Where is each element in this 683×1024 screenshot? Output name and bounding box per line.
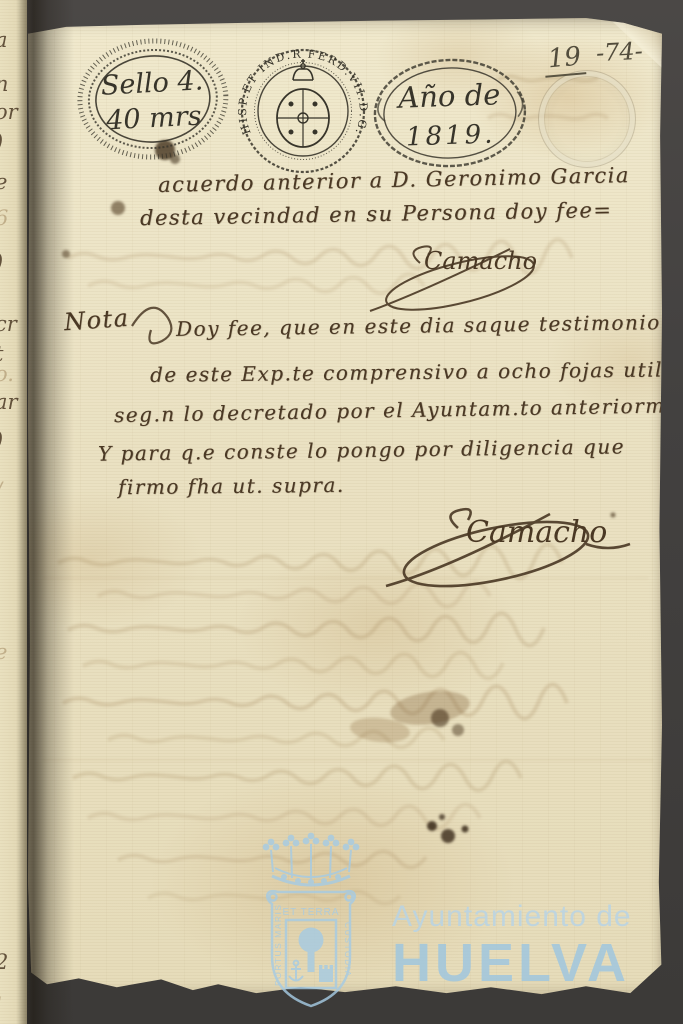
notary-signature: Camacho: [378, 486, 648, 596]
scanned-manuscript: a n or ) e 6 ) cr t o. ar ) / e 2 l: [0, 0, 683, 1024]
sello-40mrs-stamp: Sello 4. 40 mrs: [71, 30, 236, 173]
previous-page-edge: a n or ) e 6 ) cr t o. ar ) / e 2 l: [0, 0, 27, 1024]
edge-fragment: n: [0, 72, 9, 96]
royal-seal-stamp: HISP.ET IND.REX FERD.VII.D.G.: [238, 38, 368, 185]
handwriting-line: Y para q.e conste lo pongo por diligenci…: [98, 434, 625, 465]
handwriting-line: firmo fha ut. supra.: [118, 473, 345, 499]
edge-fragment: /: [0, 478, 2, 502]
edge-fragment: ar: [0, 390, 18, 414]
manuscript-page: Sello 4. 40 mrs: [28, 18, 662, 1000]
handwriting-line: de este Exp.te comprensivo a ocho fojas …: [150, 357, 683, 387]
edge-fragment: ): [0, 250, 3, 274]
year-1819-stamp: Año de 1819.: [368, 53, 532, 178]
handwriting-line: acuerdo anterior a D. Geronimo Garcia: [158, 163, 630, 197]
embossed-dry-seal: [538, 70, 636, 168]
edge-fragment: e: [0, 640, 7, 664]
edge-fragment: l: [0, 994, 2, 1018]
edge-fragment: a: [0, 28, 8, 52]
folio-number: 19: [543, 41, 587, 77]
sello-stamp-line2: 40 mrs: [104, 101, 202, 137]
edge-fragment: ): [0, 130, 3, 154]
year-stamp-line2: 1819.: [406, 119, 496, 152]
notary-signature: Camacho: [358, 221, 593, 321]
handwriting-line: seg.n lo decretado por el Ayuntam.to ant…: [114, 393, 683, 427]
sello-stamp-line1: Sello 4.: [100, 65, 204, 101]
royal-seal-legend-left: HISP.ET IND.REX: [238, 38, 303, 136]
edge-fragment: ): [0, 428, 3, 452]
edge-fragment: e: [0, 170, 7, 194]
edge-fragment: 6: [0, 206, 8, 230]
svg-text:HISP.ET IND.REX: HISP.ET IND.REX: [238, 38, 303, 136]
year-stamp-line1: Año de: [395, 77, 501, 115]
edge-fragment: 2: [0, 950, 8, 974]
signature-name: Camacho: [466, 515, 607, 550]
edge-fragment: o.: [0, 362, 14, 386]
edge-fragment: cr: [0, 312, 17, 336]
edge-fragment: or: [0, 100, 18, 124]
folio-number-secondary: -74-: [595, 37, 643, 67]
handwriting-line: Doy fee, que en este dia saque testimoni…: [176, 309, 683, 341]
signature-name: Camacho: [424, 247, 537, 275]
